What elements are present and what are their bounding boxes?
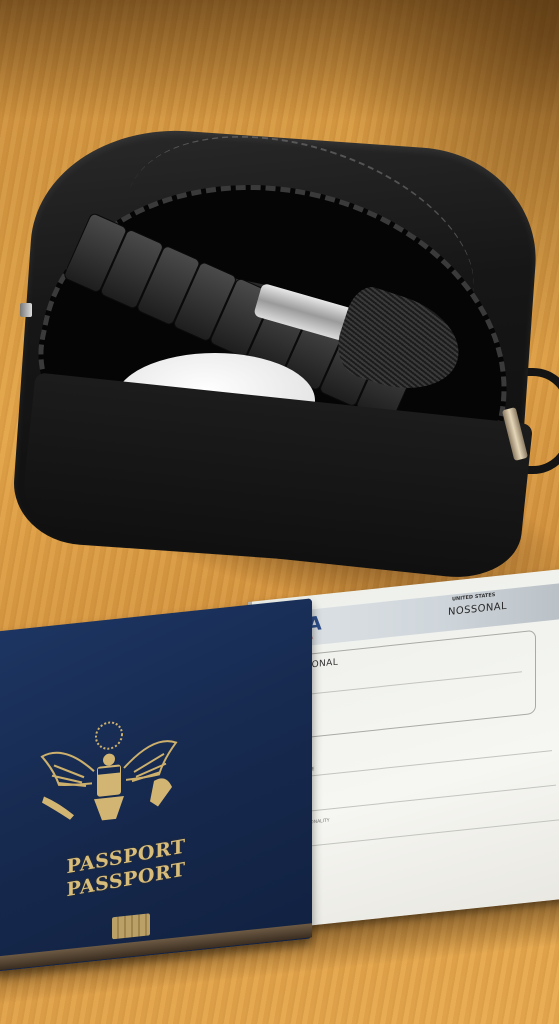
open-passport: VISA VISITOR CLASSA UNITED STATES NOSSON…: [0, 585, 559, 975]
eagle-seal-icon: [34, 712, 184, 843]
cosmetics-bag: [20, 118, 550, 568]
passport-cover: PASSPORT PASSPORT: [0, 598, 312, 971]
biometric-chip-icon: [112, 913, 150, 939]
passport-title: PASSPORT PASSPORT: [56, 834, 196, 905]
bag-strap: [525, 368, 559, 474]
visa-field-box: [276, 630, 536, 741]
visa-field-line: [292, 750, 552, 778]
visa-field-line: [300, 819, 559, 847]
visa-field-line: [296, 785, 556, 813]
zipper-pull-left-icon: [20, 303, 32, 317]
photo-scene: VISA VISITOR CLASSA UNITED STATES NOSSON…: [0, 0, 559, 1024]
